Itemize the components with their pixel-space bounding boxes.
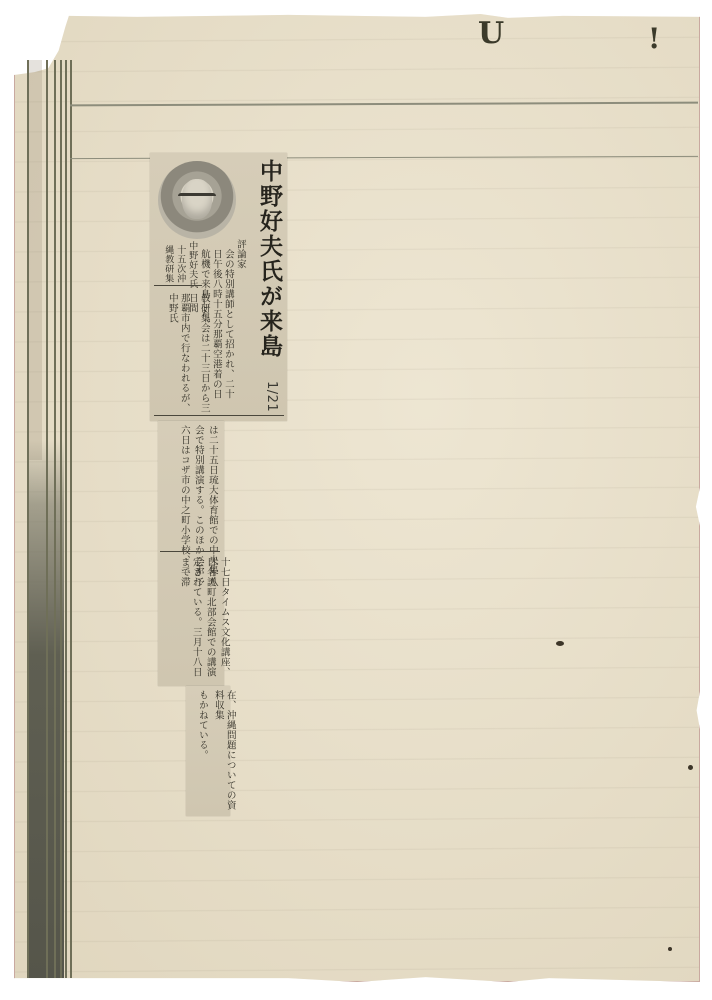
binding-line [65,60,67,978]
photo-caption-3: 縄教研集 [162,245,173,283]
section-rule [160,551,220,552]
binding-shade-top [28,60,42,460]
headline: 中野好夫氏が来島 [254,159,283,379]
paper-speck [668,947,672,951]
paper-speck [688,765,693,770]
news-clipping-upper: 中野好夫氏が来島 1/21 中野好夫氏 十五次沖 縄教研集 評論家 会の特別講師… [150,153,287,421]
photo-caption-1: 中野好夫氏 [186,241,197,289]
handwritten-mark-u: U [478,16,504,51]
binding-line [54,60,56,978]
body-col-13: もかねている。 [196,690,208,760]
body-col-7: 会で特別講演する。このほか二十 [192,425,204,575]
body-col-0: 評論家 [234,239,246,269]
handwritten-date: 1/21 [263,381,279,412]
body-col-12: 在、沖縄問題についての資料収集 [212,690,236,816]
binding-line [60,60,62,978]
binding-stripes [14,60,94,978]
photo-caption-2: 十五次沖 [174,245,185,283]
body-col-8: 六日はコザ市の中之町小学校、二 [178,425,190,575]
binding-line [46,60,48,978]
binding-line [27,60,29,978]
news-clipping-middle: は二十五日琉大体育館での中央集 会で特別講演する。このほか二十 六日はコザ市の中… [158,421,224,686]
news-clipping-lower: 在、沖縄問題についての資料収集 もかねている。 [186,686,230,816]
section-rule [154,415,284,416]
paper-speck [556,641,564,646]
portrait-photo [158,161,236,239]
body-col-1: 会の特別講師として招かれ、二十 [222,249,234,399]
caption-rule [154,285,202,286]
body-col-11: 定されている。三月十八日まで滞 [178,557,202,686]
handwritten-mark-exclamation: ! [648,22,660,55]
portrait-glasses [178,193,216,201]
body-col-5: 那覇市内で行なわれるが、中野氏 [166,293,190,421]
binding-line [70,60,72,978]
body-col-2: 日午後八時十五分那覇空港着の日 [210,249,222,399]
body-col-6: は二十五日琉大体育館での中央集 [206,425,218,575]
